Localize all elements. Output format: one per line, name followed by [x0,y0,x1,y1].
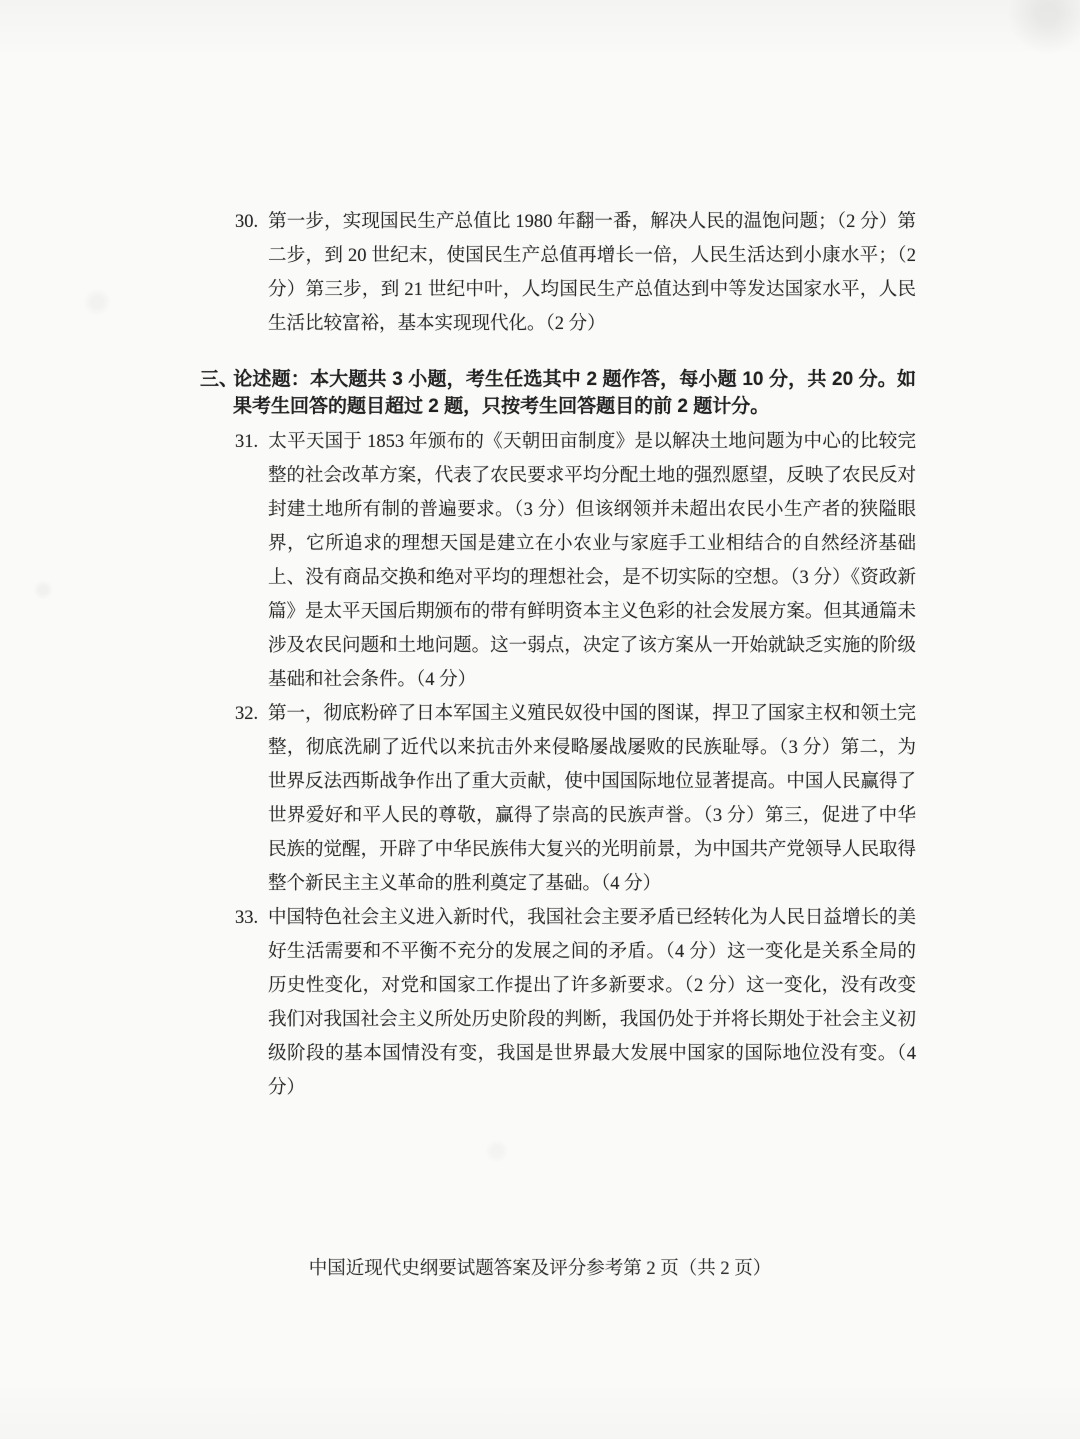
item-text: 第一，彻底粉碎了日本军国主义殖民奴役中国的图谋，捍卫了国家主权和领土完整，彻底洗… [268,704,916,894]
section-label: 三、 [200,366,233,393]
item-text: 太平天国于 1853 年颁布的《天朝田亩制度》是以解决土地问题为中心的比较完整的… [268,432,916,690]
answer-item-31: 31.太平天国于 1853 年颁布的《天朝田亩制度》是以解决土地问题为中心的比较… [235,425,916,697]
page-footer: 中国近现代史纲要试题答案及评分参考第 2 页（共 2 页） [0,1254,1080,1284]
answer-item-33: 33.中国特色社会主义进入新时代，我国社会主要矛盾已经转化为人民日益增长的美好生… [235,901,916,1105]
section-heading-text: 论述题：本大题共 3 小题，考生任选其中 2 题作答，每小题 10 分，共 20… [233,369,916,417]
answer-item-30: 30.第一步，实现国民生产总值比 1980 年翻一番，解决人民的温饱问题；（2 … [235,205,916,341]
item-text: 中国特色社会主义进入新时代，我国社会主要矛盾已经转化为人民日益增长的美好生活需要… [268,908,916,1098]
item-number: 30. [235,205,268,239]
scanned-exam-answer-page: 30.第一步，实现国民生产总值比 1980 年翻一番，解决人民的温饱问题；（2 … [0,0,1080,1439]
section-heading-essay-questions: 三、论述题：本大题共 3 小题，考生任选其中 2 题作答，每小题 10 分，共 … [200,366,916,420]
item-number: 33. [235,901,268,935]
answer-item-32: 32.第一，彻底粉碎了日本军国主义殖民奴役中国的图谋，捍卫了国家主权和领土完整，… [235,697,916,901]
item-number: 31. [235,425,268,459]
item-number: 32. [235,697,268,731]
item-text: 第一步，实现国民生产总值比 1980 年翻一番，解决人民的温饱问题；（2 分）第… [268,212,916,334]
